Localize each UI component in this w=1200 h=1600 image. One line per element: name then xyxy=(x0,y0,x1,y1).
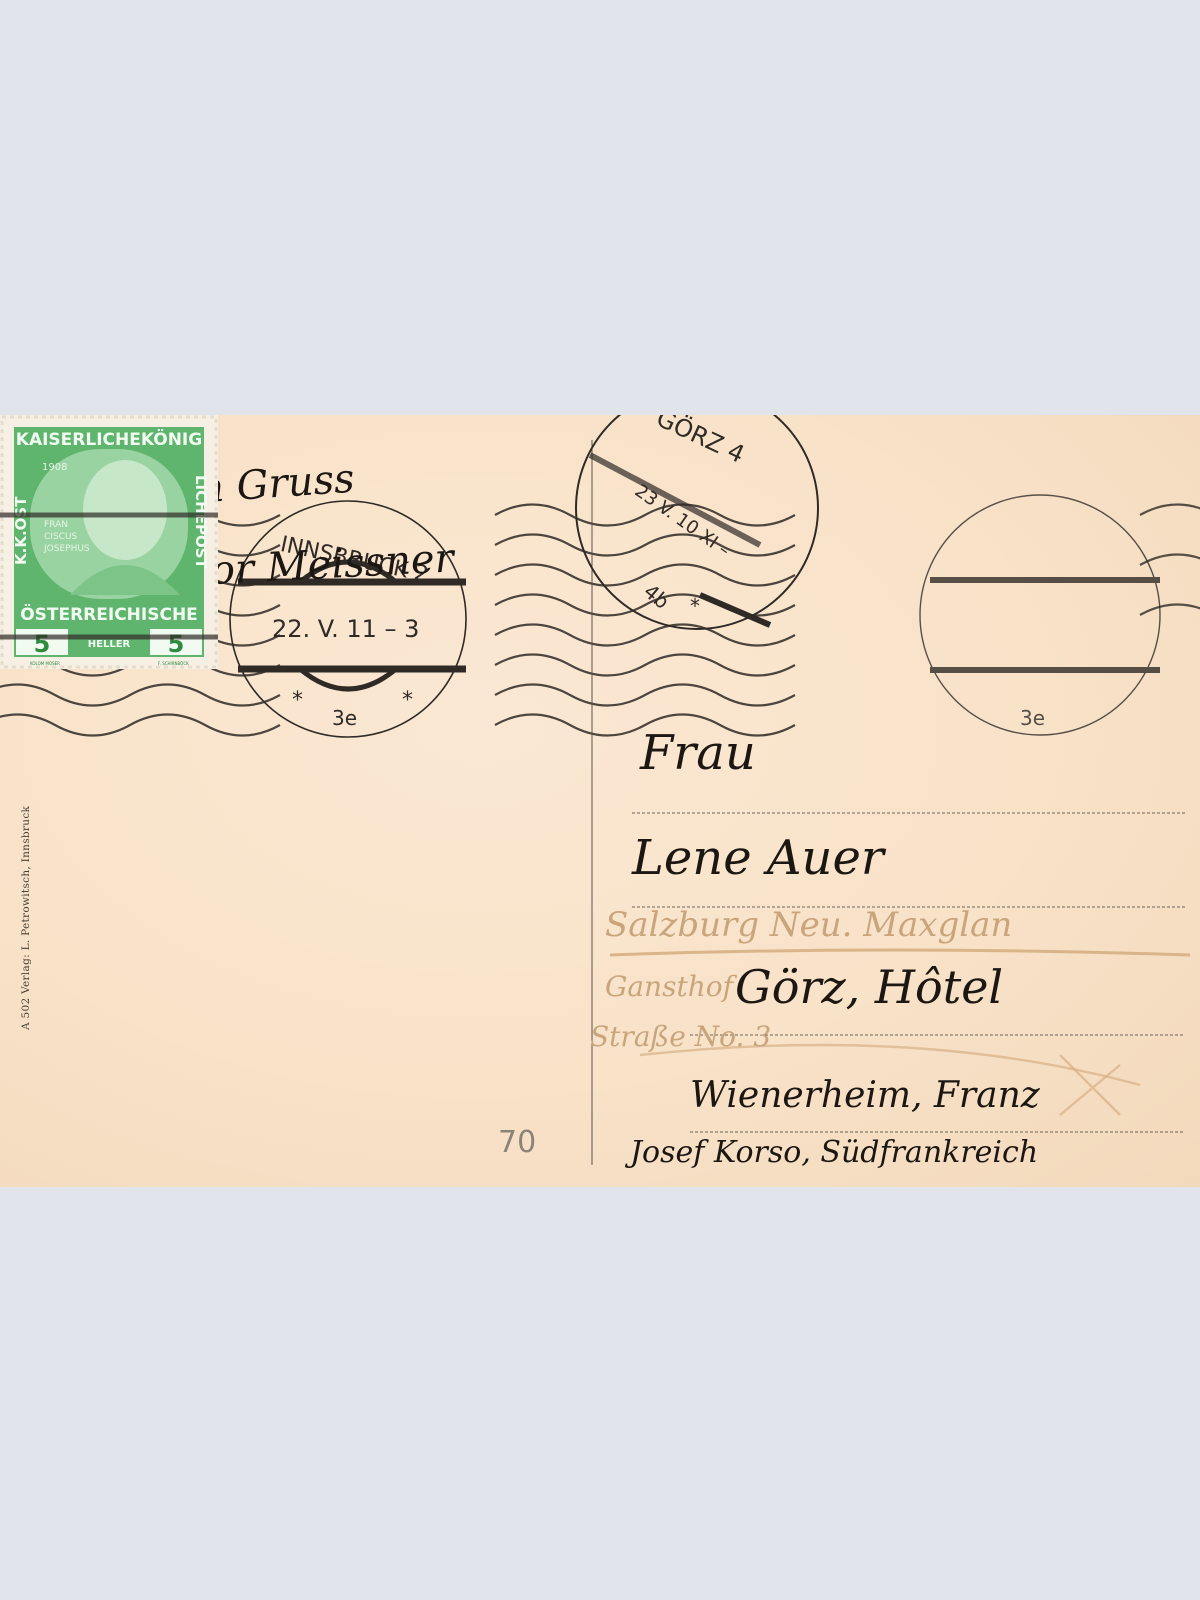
svg-text:FRAN: FRAN xyxy=(44,520,68,530)
svg-text:22. V. 11 – 3: 22. V. 11 – 3 xyxy=(272,615,419,643)
postcard-back: INNSBRUCK 2 22. V. 11 – 3 3e * * GÖRZ 4 … xyxy=(0,415,1200,1187)
forwarding-line-3: Straße No. 3 xyxy=(590,1020,771,1053)
svg-text:*: * xyxy=(292,688,303,713)
svg-text:K.K.ÖST: K.K.ÖST xyxy=(11,496,30,565)
svg-text:KAISERLICHEKÖNIG: KAISERLICHEKÖNIG xyxy=(16,428,202,450)
svg-text:4b: 4b xyxy=(639,579,674,614)
address-line-3: Görz, Hôtel xyxy=(735,960,1003,1014)
svg-text:HELLER: HELLER xyxy=(88,639,131,650)
address-line-1: Frau xyxy=(640,725,756,781)
postmark-innsbruck-on-stamp: 3e xyxy=(920,495,1160,735)
svg-text:F. SCHIRNBÖCK: F. SCHIRNBÖCK xyxy=(158,661,189,666)
svg-text:CISCUS: CISCUS xyxy=(44,532,78,542)
publisher-imprint: A 502 Verlag: L. Petrowitsch, Innsbruck xyxy=(20,806,32,1030)
svg-text:JOSEPHUS: JOSEPHUS xyxy=(43,544,90,554)
address-line-5: Josef Korso, Südfrankreich xyxy=(630,1135,1038,1170)
postage-stamp: KAISERLICHEKÖNIG ÖSTERREICHISCHE K.K.ÖST… xyxy=(0,415,218,669)
forwarding-line-1: Salzburg Neu. Maxglan xyxy=(605,905,1012,945)
svg-text:3e: 3e xyxy=(1020,706,1045,730)
svg-text:5: 5 xyxy=(168,630,185,658)
svg-text:*: * xyxy=(402,688,413,713)
svg-text:3e: 3e xyxy=(332,706,357,730)
address-line-2: Lene Auer xyxy=(632,830,884,886)
svg-text:5: 5 xyxy=(34,630,51,658)
svg-text:GÖRZ 4: GÖRZ 4 xyxy=(652,415,749,469)
svg-text:ÖSTERREICHISCHE: ÖSTERREICHISCHE xyxy=(20,603,198,625)
svg-text:*: * xyxy=(690,594,700,618)
svg-text:1908: 1908 xyxy=(42,462,67,473)
address-line-4: Wienerheim, Franz xyxy=(690,1075,1040,1116)
pencil-note: 70 xyxy=(498,1125,536,1160)
svg-text:LICHEPOST: LICHEPOST xyxy=(192,475,210,569)
forwarding-line-2: Gansthof xyxy=(605,970,733,1003)
svg-text:KOLOM MOSER: KOLOM MOSER xyxy=(30,661,60,666)
